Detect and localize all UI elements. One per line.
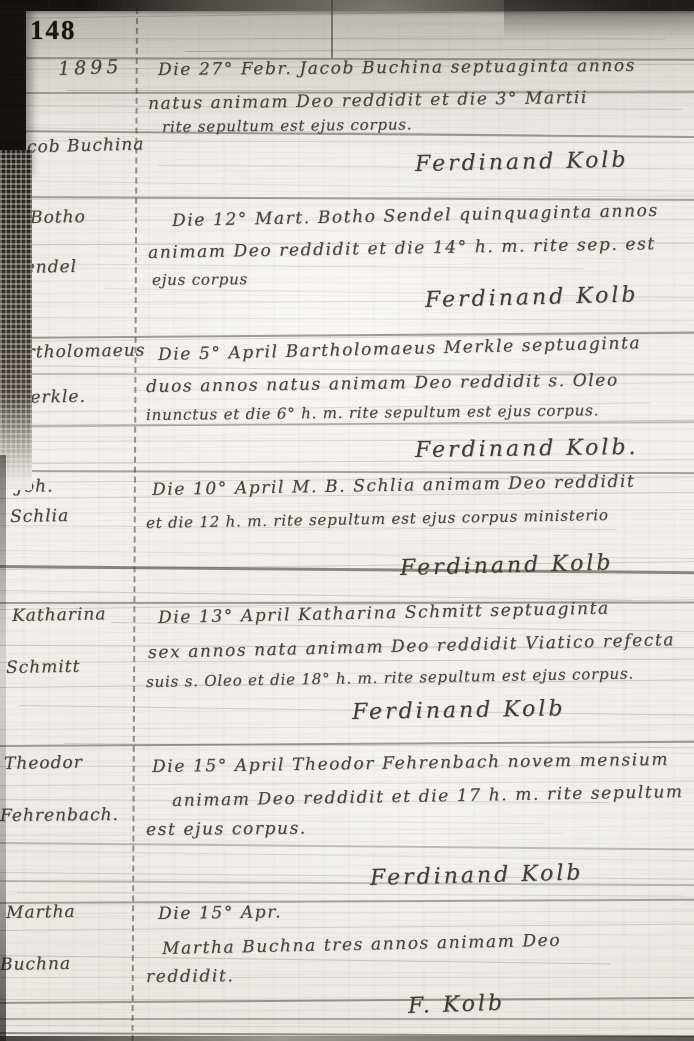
margin-column-divider	[131, 8, 138, 1041]
entry-text-line: et die 12 h. m. rite sepultum est ejus c…	[146, 506, 609, 532]
entry-text-line: Die 13° April Katharina Schmitt septuagi…	[158, 599, 610, 628]
priest-signature: Ferdinand Kolb	[400, 550, 614, 581]
entry-text-line: Die 15° April Theodor Fehrenbach novem m…	[152, 750, 669, 777]
scan-top-edge	[0, 0, 694, 11]
entry-margin-name: Buchna	[0, 954, 71, 975]
priest-signature: F. Kolb	[408, 991, 506, 1019]
entry-margin-name: Botho	[30, 207, 86, 228]
entry-text-line: natus animam Deo reddidit et die 3° Mart…	[148, 88, 588, 114]
entry-text-line: est ejus corpus.	[146, 819, 307, 840]
entry-margin-name: Katharina	[12, 604, 107, 626]
entry-text-line: ejus corpus	[152, 270, 248, 289]
entry-text-line: sex annos nata animam Deo reddidit Viati…	[148, 630, 676, 663]
entry-text-line: Die 5° April Bartholomaeus Merkle septua…	[158, 333, 642, 365]
entry-text-line: Die 10° April M. B. Schlia animam Deo re…	[152, 472, 636, 500]
priest-signature: Ferdinand Kolb.	[415, 435, 639, 463]
priest-signature: Ferdinand Kolb	[352, 696, 566, 725]
entry-margin-name: Schmitt	[6, 657, 81, 678]
binding-edge-strip	[0, 455, 6, 1041]
entry-margin-name: Martha	[6, 902, 76, 923]
entry-text-line: animam Deo reddidit et die 17 h. m. rite…	[172, 782, 684, 811]
entry-text-line: Die 15° Apr.	[158, 902, 282, 924]
entry-text-line: Die 27° Febr. Jacob Buchina septuaginta …	[158, 56, 636, 80]
entry-text-line: animam Deo reddidit et die 14° h. m. rit…	[148, 234, 656, 263]
entry-text-line: suis s. Oleo et die 18° h. m. rite sepul…	[146, 664, 634, 691]
priest-signature: Ferdinand Kolb	[425, 282, 639, 313]
page-number: 148	[30, 15, 77, 46]
priest-signature: Ferdinand Kolb	[370, 860, 584, 891]
entry-margin-name: Schlia	[10, 506, 69, 527]
priest-signature: Ferdinand Kolb	[415, 148, 629, 177]
entry-text-line: Martha Buchna tres annos animam Deo	[162, 931, 561, 959]
binding-edge-dark	[0, 0, 26, 175]
entry-text-line: inunctus et die 6° h. m. rite sepultum e…	[146, 401, 599, 424]
entry-margin-name: Theodor	[4, 753, 83, 774]
scanned-register-page: 148 1895 Jacob BuchinaDie 27° Febr. Jaco…	[0, 0, 694, 1041]
scan-bottom-edge	[0, 1036, 694, 1041]
entry-text-line: duos annos natus animam Deo reddidit s. …	[146, 370, 619, 397]
entry-text-line: rite sepultum est ejus corpus.	[162, 115, 412, 136]
year-label: 1895	[58, 56, 123, 80]
entry-text-line: Die 12° Mart. Botho Sendel quinquaginta …	[172, 201, 659, 231]
entry-margin-name: Fehrenbach.	[0, 805, 119, 826]
binding-edge-texture	[0, 150, 32, 490]
entry-text-line: reddidit.	[146, 966, 235, 987]
